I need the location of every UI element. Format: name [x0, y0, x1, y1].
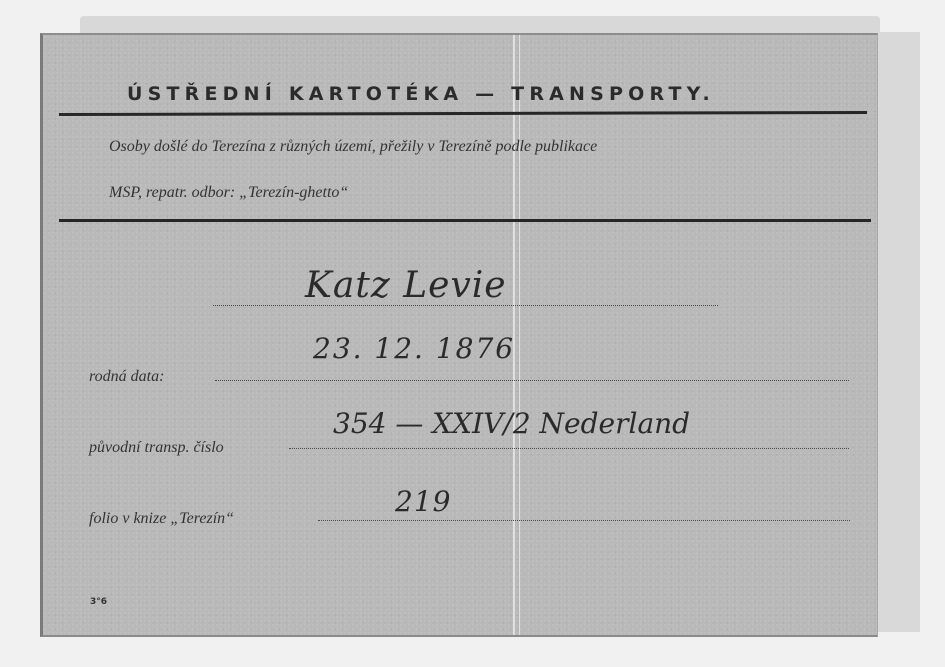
- birth-date-dotted-line: [215, 380, 849, 381]
- scanned-document: ÚSTŘEDNÍ KARTOTÉKA — TRANSPORTY. Osoby d…: [0, 0, 945, 667]
- index-card: ÚSTŘEDNÍ KARTOTÉKA — TRANSPORTY. Osoby d…: [40, 33, 878, 637]
- folio-dotted-line: [318, 520, 850, 521]
- card-header-title: ÚSTŘEDNÍ KARTOTÉKA — TRANSPORTY.: [127, 83, 715, 105]
- card-subtitle-line-2: MSP, repatr. odbor: „Terezín-ghetto“: [109, 184, 348, 202]
- header-rule: [59, 111, 867, 116]
- scan-artifact-line: [519, 35, 520, 635]
- transport-number-label: původní transp. číslo: [89, 439, 224, 457]
- transport-number-dotted-line: [289, 448, 849, 449]
- folio-label: folio v knize „Terezín“: [89, 510, 234, 528]
- folio-value: 219: [395, 485, 451, 518]
- section-rule: [59, 219, 871, 222]
- card-subtitle-line-1: Osoby došlé do Terezína z různých území,…: [109, 138, 597, 156]
- name-dotted-line: [213, 305, 718, 306]
- card-number: 3°6: [90, 597, 107, 607]
- transport-number-value: 354 — XXIV/2 Nederland: [333, 407, 690, 440]
- birth-date-label: rodná data:: [89, 368, 164, 386]
- birth-date-value: 23. 12. 1876: [313, 332, 515, 365]
- name-value: Katz Levie: [305, 265, 507, 306]
